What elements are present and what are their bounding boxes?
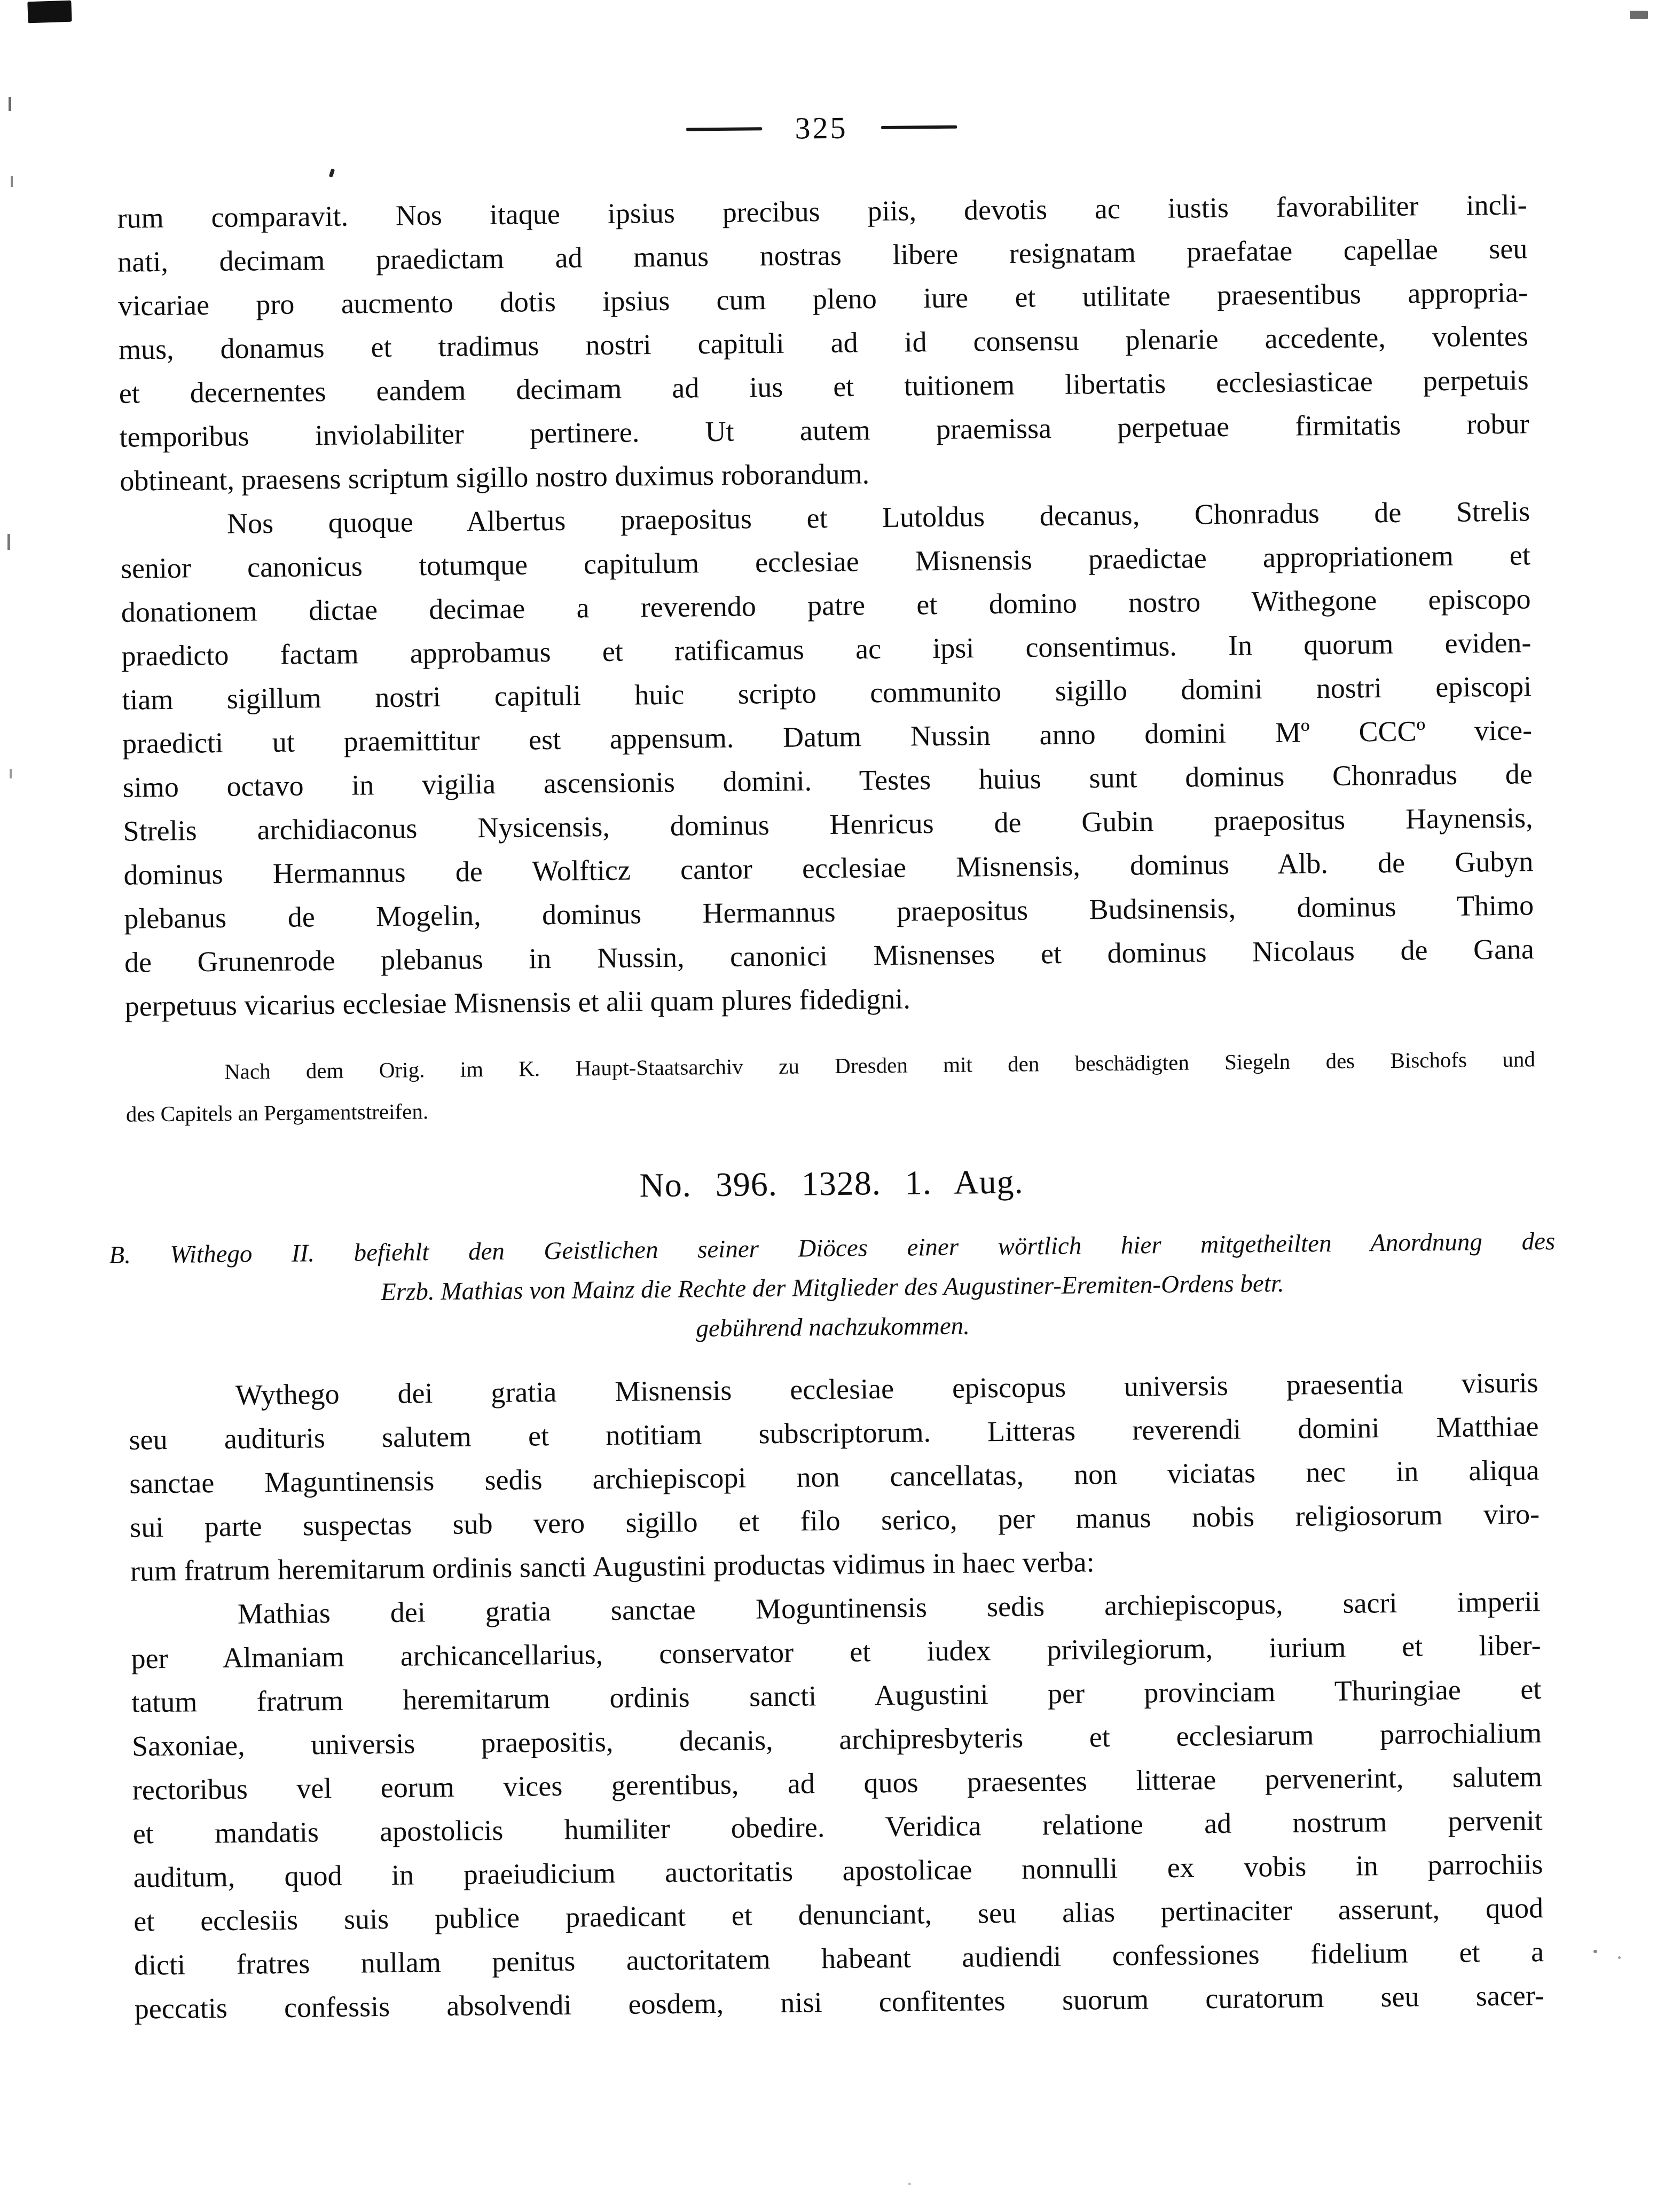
page-header: 325 xyxy=(116,103,1527,153)
charter-heading: No. 396. 1328. 1. Aug. xyxy=(127,1154,1537,1213)
scan-artifact xyxy=(1593,1950,1597,1953)
scan-artifact xyxy=(1630,11,1648,19)
page-number: 325 xyxy=(795,109,848,147)
charter-letter-paragraph: Mathias dei gratia sanctae Moguntinensis… xyxy=(130,1579,1544,2030)
charter-witness-paragraph: Nos quoque Albertus praepositus et Lutol… xyxy=(120,489,1535,1028)
charter-summary: B. Withego II. befiehlt den Geistlichen … xyxy=(109,1222,1556,1354)
source-note: Nach dem Orig. im K. Haupt-Staatsarchiv … xyxy=(125,1038,1536,1135)
scan-artifact xyxy=(1618,1956,1621,1959)
charter-intro-paragraph: Wythego dei gratia Misnensis ecclesiae e… xyxy=(128,1360,1540,1593)
page-number-rule-right xyxy=(881,125,957,129)
page-number-rule-left xyxy=(686,127,762,131)
scan-artifact xyxy=(10,769,12,778)
scan-artifact xyxy=(27,1,72,23)
charter-text-paragraph: rum comparavit. Nos itaque ipsius precib… xyxy=(117,183,1529,502)
scan-artifact xyxy=(908,2183,911,2185)
scan-artifact xyxy=(11,176,13,187)
scan-artifact xyxy=(7,534,10,550)
page-content: 325 rum comparavit. Nos itaque ipsius pr… xyxy=(115,0,1544,2031)
scan-artifact xyxy=(9,97,11,111)
scanned-book-page: 325 rum comparavit. Nos itaque ipsius pr… xyxy=(0,0,1657,2212)
